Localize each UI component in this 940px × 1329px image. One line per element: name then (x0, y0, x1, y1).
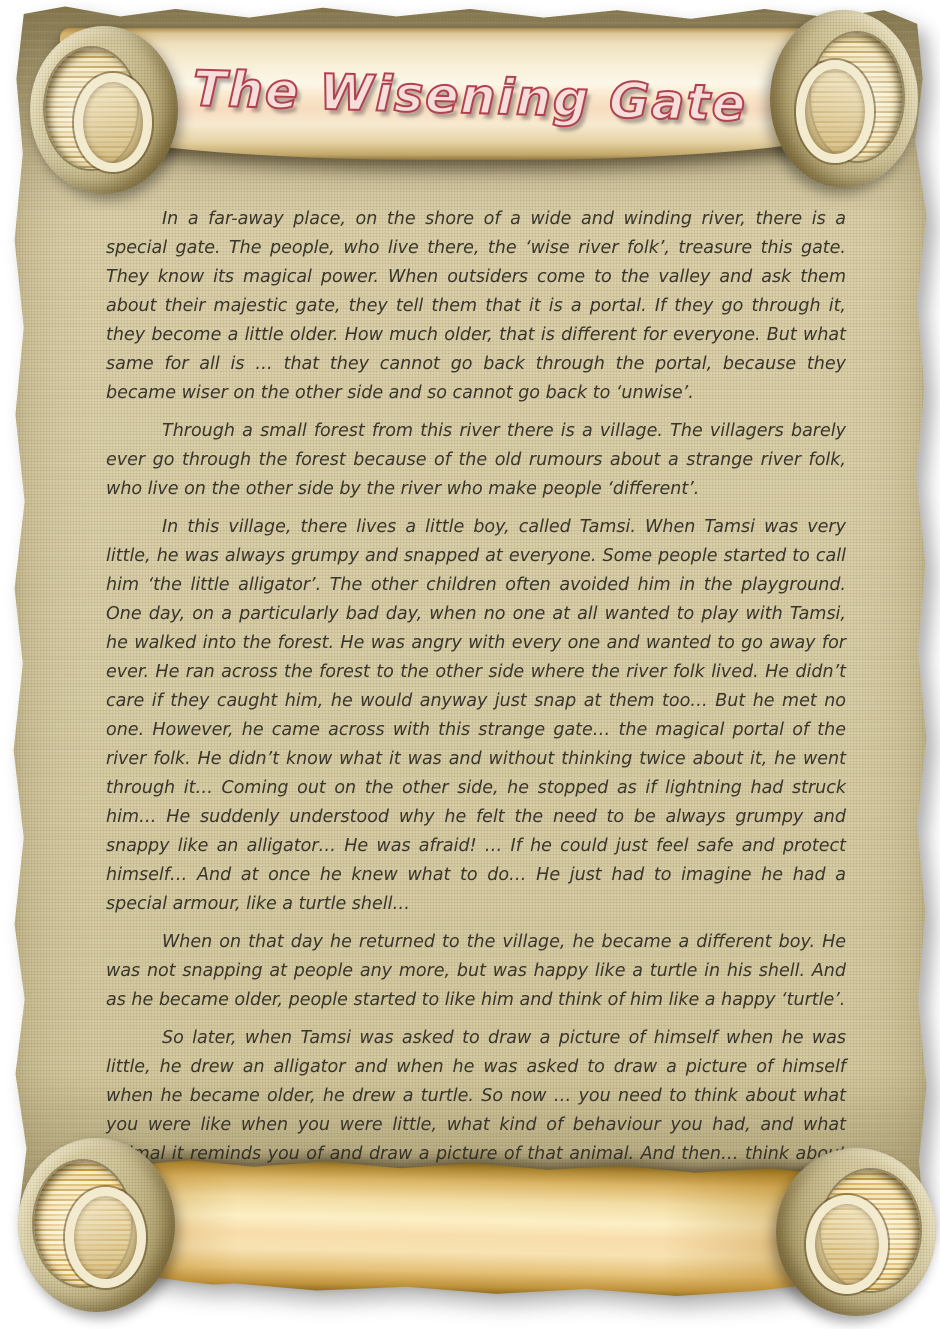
roll-curl (796, 60, 873, 163)
roll-curl (65, 1187, 146, 1289)
bottom-scroll-banner (56, 1160, 874, 1296)
story-paragraph: Through a small forest from this river t… (106, 417, 846, 504)
scroll-page: In a far-away place, on the shore of a w… (0, 0, 940, 1329)
roll-curl (74, 73, 151, 172)
scroll-roll-bottom-right-icon (776, 1148, 936, 1316)
roll-curl (806, 1195, 888, 1294)
story-paragraph: When on that day he returned to the vill… (106, 928, 846, 1015)
story-paragraph: In a far-away place, on the shore of a w… (106, 205, 846, 408)
scroll-roll-top-right-icon (770, 10, 918, 188)
page-title: The Wisening Gate (189, 48, 751, 144)
story-text: In a far-away place, on the shore of a w… (106, 205, 846, 1236)
scroll-roll-top-left-icon (30, 26, 178, 194)
story-paragraph: In this village, there lives a little bo… (106, 513, 846, 919)
bottom-scroll-strip (55, 1152, 875, 1304)
scroll-roll-bottom-left-icon (18, 1138, 175, 1312)
